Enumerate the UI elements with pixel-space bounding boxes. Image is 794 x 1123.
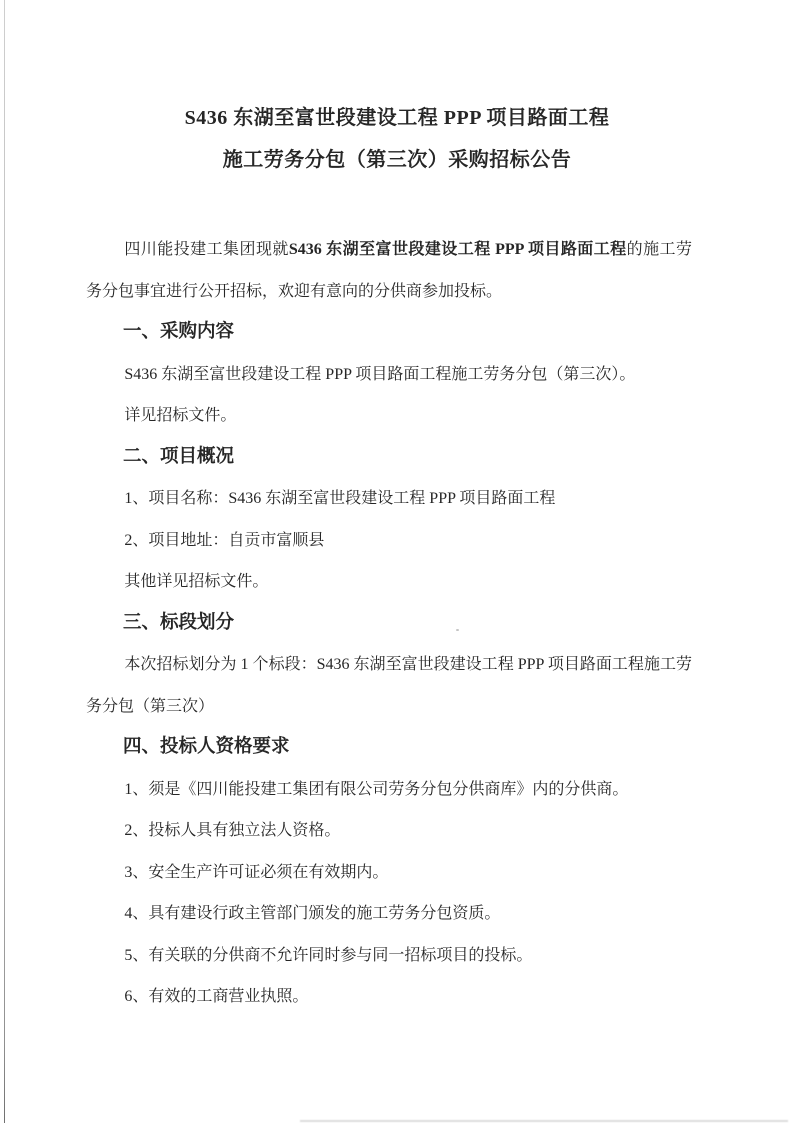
intro-prefix: 四川能投建工集团现就 — [124, 241, 288, 258]
scan-artifact-left-edge — [4, 0, 5, 1123]
document-body: 四川能投建工集团现就S436 东湖至富世段建设工程 PPP 项目路面工程的施工劳… — [86, 229, 692, 1018]
title-line-1: S436 东湖至富世段建设工程 PPP 项目路面工程 — [0, 98, 794, 140]
paragraph: 3、安全生产许可证必须在有效期内。 — [86, 852, 692, 894]
paragraph: 2、项目地址：自贡市富顺县 — [86, 520, 692, 562]
title-line-2: 施工劳务分包（第三次）采购招标公告 — [0, 140, 794, 182]
paragraph: 5、有关联的分供商不允许同时参与同一招标项目的投标。 — [86, 935, 692, 977]
scan-artifact-bottom-shadow — [300, 1120, 788, 1122]
paragraph: 其他详见招标文件。 — [86, 561, 692, 603]
document-title: S436 东湖至富世段建设工程 PPP 项目路面工程 施工劳务分包（第三次）采购… — [0, 98, 794, 181]
intro-project-name: S436 东湖至富世段建设工程 PPP 项目路面工程 — [289, 241, 627, 258]
scan-artifact-speck — [456, 629, 459, 631]
paragraph: S436 东湖至富世段建设工程 PPP 项目路面工程施工劳务分包（第三次）。 — [86, 354, 692, 396]
paragraph: 本次招标划分为 1 个标段：S436 东湖至富世段建设工程 PPP 项目路面工程… — [86, 644, 692, 727]
paragraph: 2、投标人具有独立法人资格。 — [86, 810, 692, 852]
paragraph: 6、有效的工商营业执照。 — [86, 976, 692, 1018]
intro-paragraph: 四川能投建工集团现就S436 东湖至富世段建设工程 PPP 项目路面工程的施工劳… — [86, 229, 692, 312]
section-heading-4: 四、投标人资格要求 — [86, 727, 692, 769]
paragraph: 1、须是《四川能投建工集团有限公司劳务分包分供商库》内的分供商。 — [86, 769, 692, 811]
section-heading-2: 二、项目概况 — [86, 437, 692, 479]
section-heading-1: 一、采购内容 — [86, 312, 692, 354]
paragraph: 1、项目名称：S436 东湖至富世段建设工程 PPP 项目路面工程 — [86, 478, 692, 520]
section-heading-3: 三、标段划分 — [86, 603, 692, 645]
paragraph: 详见招标文件。 — [86, 395, 692, 437]
paragraph: 4、具有建设行政主管部门颁发的施工劳务分包资质。 — [86, 893, 692, 935]
document-page: S436 东湖至富世段建设工程 PPP 项目路面工程 施工劳务分包（第三次）采购… — [0, 0, 794, 1123]
